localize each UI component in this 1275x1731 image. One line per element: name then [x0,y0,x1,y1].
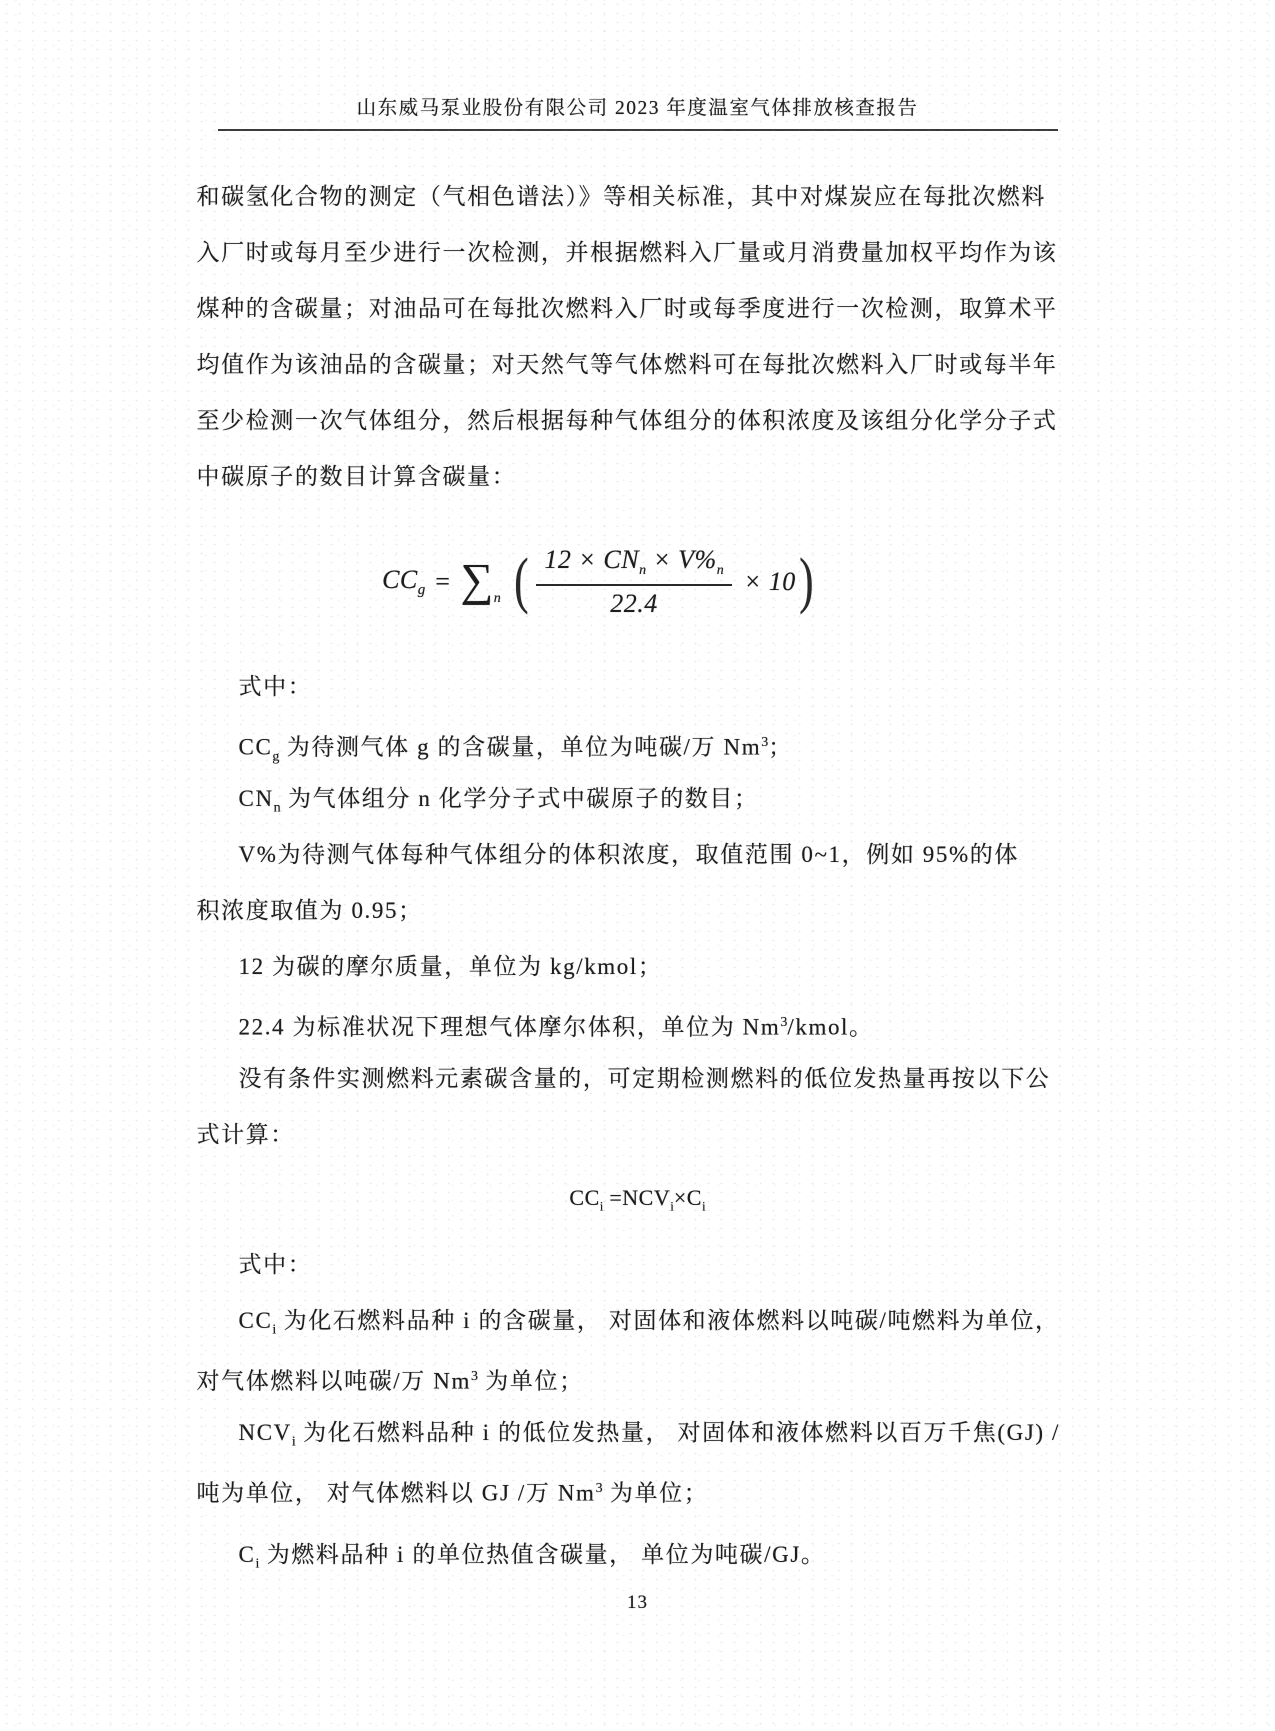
formula-carbon-content-fuel: CCi =NCVi×Ci [197,1163,1079,1237]
summation-symbol: ∑ n [460,557,501,607]
equals-sign: = [435,567,450,597]
open-parenthesis: ( [514,554,529,610]
text-line: 22.4 为标准状况下理想气体摩尔体积，单位为 Nm3/kmol。 [197,995,1079,1051]
text-line: 对气体燃料以吨碳/万 Nm3 为单位； [197,1349,1079,1405]
text-line: 和碳氢化合物的测定（气相色谱法）》等相关标准，其中对煤炭应在每批次燃料 [197,169,1079,225]
fraction-denominator: 22.4 [536,586,731,619]
paragraph-definitions-fuel: 式中：CCi 为化石燃料品种 i 的含碳量， 对固体和液体燃料以吨碳/吨燃料为单… [197,1237,1079,1583]
text-line: CNn 为气体组分 n 化学分子式中碳原子的数目； [197,771,1079,827]
page-number: 13 [197,1592,1079,1614]
fraction: 12 × CNn × V%n 22.4 [536,545,731,618]
page-header-title: 山东威马泵业股份有限公司 2023 年度温室气体排放核查报告 [218,92,1058,131]
text-line: 没有条件实测燃料元素碳含量的，可定期检测燃料的低位发热量再按以下公 [197,1051,1079,1107]
text-line: 积浓度取值为 0.95； [197,883,1079,939]
text-line: 式中： [197,659,1079,715]
formula-expression: CCi =NCVi×Ci [569,1185,705,1214]
text-line: 吨为单位， 对气体燃料以 GJ /万 Nm3 为单位； [197,1461,1079,1517]
document-page: 山东威马泵业股份有限公司 2023 年度温室气体排放核查报告 和碳氢化合物的测定… [0,92,1275,1614]
text-line: 式计算： [197,1107,1079,1163]
text-line: 均值作为该油品的含碳量；对天然气等气体燃料可在每批次燃料入厂时或每半年 [197,337,1079,393]
text-line: CCg 为待测气体 g 的含碳量，单位为吨碳/万 Nm3； [197,715,1079,771]
text-line: Ci 为燃料品种 i 的单位热值含碳量， 单位为吨碳/GJ。 [197,1527,1079,1583]
text-line: 中碳原子的数目计算含碳量： [197,449,1079,505]
text-line: 12 为碳的摩尔质量，单位为 kg/kmol； [197,939,1079,995]
formula-lhs: CCg [382,565,425,599]
text-line: V%为待测气体每种气体组分的体积浓度，取值范围 0~1，例如 95%的体 [197,827,1079,883]
text-line: 煤种的含碳量；对油品可在每批次燃料入厂时或每季度进行一次检测，取算术平 [197,281,1079,337]
fraction-numerator: 12 × CNn × V%n [536,545,731,585]
text-line: 至少检测一次气体组分，然后根据每种气体组分的体积浓度及该组分化学分子式 [197,393,1079,449]
text-line: NCVi 为化石燃料品种 i 的低位发热量， 对固体和液体燃料以百万千焦(GJ)… [197,1405,1079,1461]
paragraph-definitions-gas: 式中：CCg 为待测气体 g 的含碳量，单位为吨碳/万 Nm3；CNn 为气体组… [197,659,1079,1163]
text-line: CCi 为化石燃料品种 i 的含碳量， 对固体和液体燃料以吨碳/吨燃料为单位， [197,1293,1079,1349]
close-parenthesis: ) [799,554,814,610]
paragraph-intro: 和碳氢化合物的测定（气相色谱法）》等相关标准，其中对煤炭应在每批次燃料入厂时或每… [197,169,1079,505]
text-line: 入厂时或每月至少进行一次检测，并根据燃料入厂量或月消费量加权平均作为该 [197,225,1079,281]
multiplier: × 10 [744,567,796,597]
text-line: 式中： [197,1237,1079,1293]
formula-carbon-content-gas: CCg = ∑ n ( 12 × CNn × V%n 22.4 × 10 ) [159,505,1041,659]
page-body: 和碳氢化合物的测定（气相色谱法）》等相关标准，其中对煤炭应在每批次燃料入厂时或每… [197,169,1079,1614]
